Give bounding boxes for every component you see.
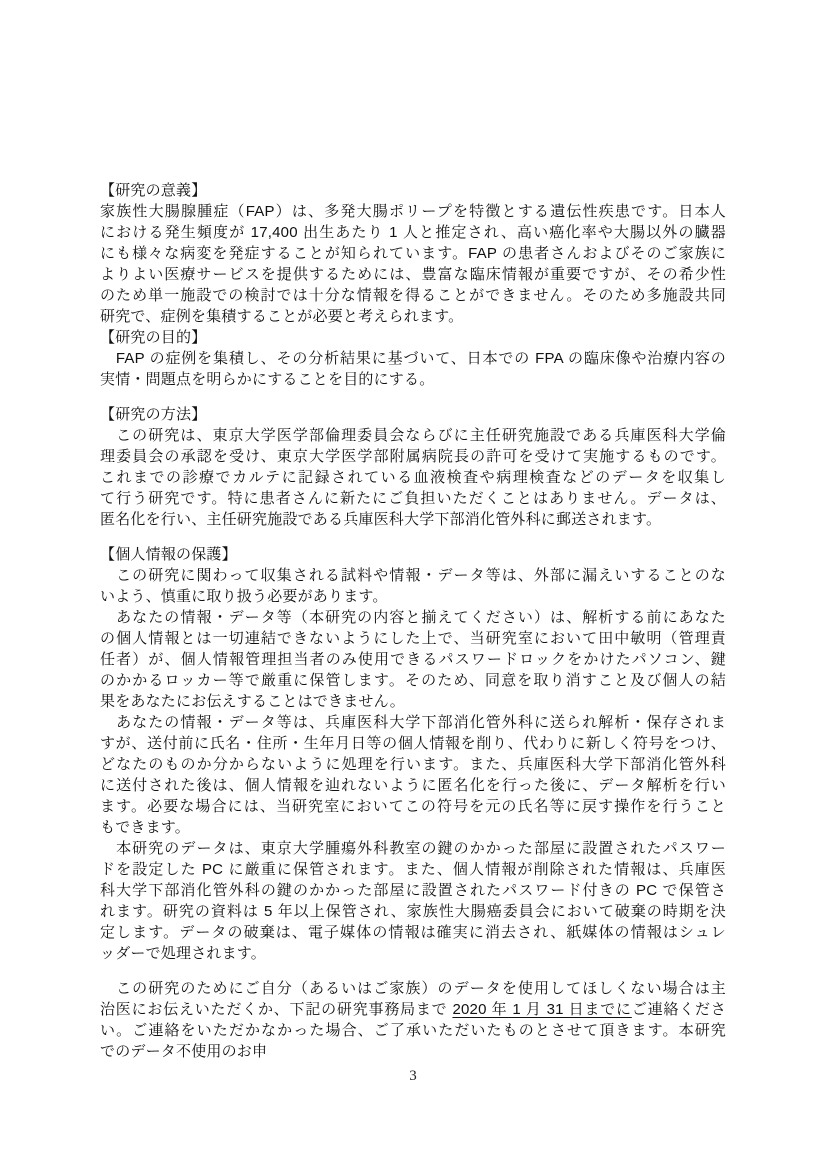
text-segment: 治医にお伝えいただくか、下記の研究事務局まで bbox=[100, 1001, 452, 1018]
text-line: あなたの情報・データ等（本研究の内容と揃えてください）は、解析する前にあなた bbox=[100, 607, 726, 628]
section-heading: 【研究の目的】 bbox=[100, 327, 726, 348]
text-line: いよう、慎重に取り扱う必要があります。 bbox=[100, 586, 726, 607]
section-research-purpose: 【研究の目的】 FAP の症例を集積し、その分析結果に基づいて、日本での FPA… bbox=[100, 327, 726, 390]
section-personal-information-protection: 【個人情報の保護】 この研究に関わって収集される試料や情報・データ等は、外部に漏… bbox=[100, 544, 726, 964]
text-line: 任者）が、個人情報管理担当者のみ使用できるパスワードロックをかけたパソコン、鍵 bbox=[100, 649, 726, 670]
text-line: すが、送付前に氏名・住所・生年月日等の個人情報を削り、代わりに新しく符号をつけ、 bbox=[100, 733, 726, 754]
text-line: でのデータ不使用のお申 bbox=[100, 1041, 726, 1062]
text-line: に送付された後は、個人情報を辿れないように匿名化を行った後に、データ解析を行い bbox=[100, 775, 726, 796]
text-line: 理委員会の承認を受け、東京大学医学部附属病院長の許可を受けて実施するものです。 bbox=[100, 446, 726, 467]
text-line: 本研究のデータは、東京大学腫瘍外科教室の鍵のかかった部屋に設置されたパスワー bbox=[100, 838, 726, 859]
text-segment: ご連絡くださ bbox=[632, 1001, 726, 1018]
section-research-method: 【研究の方法】 この研究は、東京大学医学部倫理委員会ならびに主任研究施設である兵… bbox=[100, 404, 726, 530]
text-line: 科大学下部消化管外科の鍵のかかった部屋に設置されたパスワード付きの PC で保管… bbox=[100, 880, 726, 901]
text-line: これまでの診療でカルテに記録されている血液検査や病理検査などのデータを収集し bbox=[100, 467, 726, 488]
text-line: のため単一施設での検討では十分な情報を得ることができません。そのため多施設共同 bbox=[100, 285, 726, 306]
text-line: れます。研究の資料は 5 年以上保管され、家族性大腸癌委員会において破棄の時期を… bbox=[100, 901, 726, 922]
section-research-significance: 【研究の意義】 家族性大腸腺腫症（FAP）は、多発大腸ポリープを特徴とする遺伝性… bbox=[100, 180, 726, 327]
text-line: 治医にお伝えいただくか、下記の研究事務局まで 2020 年 1 月 31 日まで… bbox=[100, 999, 726, 1020]
text-line: もできます。 bbox=[100, 817, 726, 838]
text-line: ッダーで処理されます。 bbox=[100, 943, 726, 964]
document-page: 【研究の意義】 家族性大腸腺腫症（FAP）は、多発大腸ポリープを特徴とする遺伝性… bbox=[0, 0, 826, 1169]
text-line: FAP の症例を集積し、その分析結果に基づいて、日本での FPA の臨床像や治療… bbox=[100, 348, 726, 369]
text-line: この研究のためにご自分（あるいはご家族）のデータを使用してほしくない場合は主 bbox=[100, 978, 726, 999]
text-line: 果をあなたにお伝えすることはできません。 bbox=[100, 691, 726, 712]
document-body: 【研究の意義】 家族性大腸腺腫症（FAP）は、多発大腸ポリープを特徴とする遺伝性… bbox=[100, 180, 726, 1062]
text-line: 家族性大腸腺腫症（FAP）は、多発大腸ポリープを特徴とする遺伝性疾患です。日本人 bbox=[100, 201, 726, 222]
text-line: 研究で、症例を集積することが必要と考えられます。 bbox=[100, 306, 726, 327]
text-line: よりよい医療サービスを提供するためには、豊富な臨床情報が重要ですが、その希少性 bbox=[100, 264, 726, 285]
section-opt-out-notice: この研究のためにご自分（あるいはご家族）のデータを使用してほしくない場合は主 治… bbox=[100, 978, 726, 1062]
text-line: ます。必要な場合には、当研究室においてこの符号を元の氏名等に戻す操作を行うこと bbox=[100, 796, 726, 817]
text-line: この研究は、東京大学医学部倫理委員会ならびに主任研究施設である兵庫医科大学倫 bbox=[100, 425, 726, 446]
section-heading: 【研究の方法】 bbox=[100, 404, 726, 425]
text-line: い。ご連絡をいただかなかった場合、ご了承いただいたものとさせて頂きます。本研究 bbox=[100, 1020, 726, 1041]
text-line: この研究に関わって収集される試料や情報・データ等は、外部に漏えいすることのな bbox=[100, 565, 726, 586]
section-heading: 【個人情報の保護】 bbox=[100, 544, 726, 565]
text-line: ドを設定した PC に厳重に保管されます。また、個人情報が削除された情報は、兵庫… bbox=[100, 859, 726, 880]
text-line: における発生頻度が 17,400 出生あたり 1 人と推定され、高い癌化率や大腸… bbox=[100, 222, 726, 243]
opt-out-deadline-underlined: 2020 年 1 月 31 日までに bbox=[452, 1001, 631, 1018]
text-line: にも様々な病変を発症することが知られています。FAP の患者さんおよびそのご家族… bbox=[100, 243, 726, 264]
text-line: の個人情報とは一切連結できないようにした上で、当研究室において田中敏明（管理責 bbox=[100, 628, 726, 649]
page-number: 3 bbox=[0, 1068, 826, 1085]
text-line: どなたのものか分からないように処理を行います。また、兵庫医科大学下部消化管外科 bbox=[100, 754, 726, 775]
section-heading: 【研究の意義】 bbox=[100, 180, 726, 201]
text-line: て行う研究です。特に患者さんに新たにご負担いただくことはありません。データは、 bbox=[100, 488, 726, 509]
text-line: 実情・問題点を明らかにすることを目的にする。 bbox=[100, 369, 726, 390]
text-line: 定します。データの破棄は、電子媒体の情報は確実に消去され、紙媒体の情報はシュレ bbox=[100, 922, 726, 943]
text-line: 匿名化を行い、主任研究施設である兵庫医科大学下部消化管外科に郵送されます。 bbox=[100, 509, 726, 530]
text-line: あなたの情報・データ等は、兵庫医科大学下部消化管外科に送られ解析・保存されま bbox=[100, 712, 726, 733]
text-line: のかかるロッカー等で厳重に保管します。そのため、同意を取り消すこと及び個人の結 bbox=[100, 670, 726, 691]
